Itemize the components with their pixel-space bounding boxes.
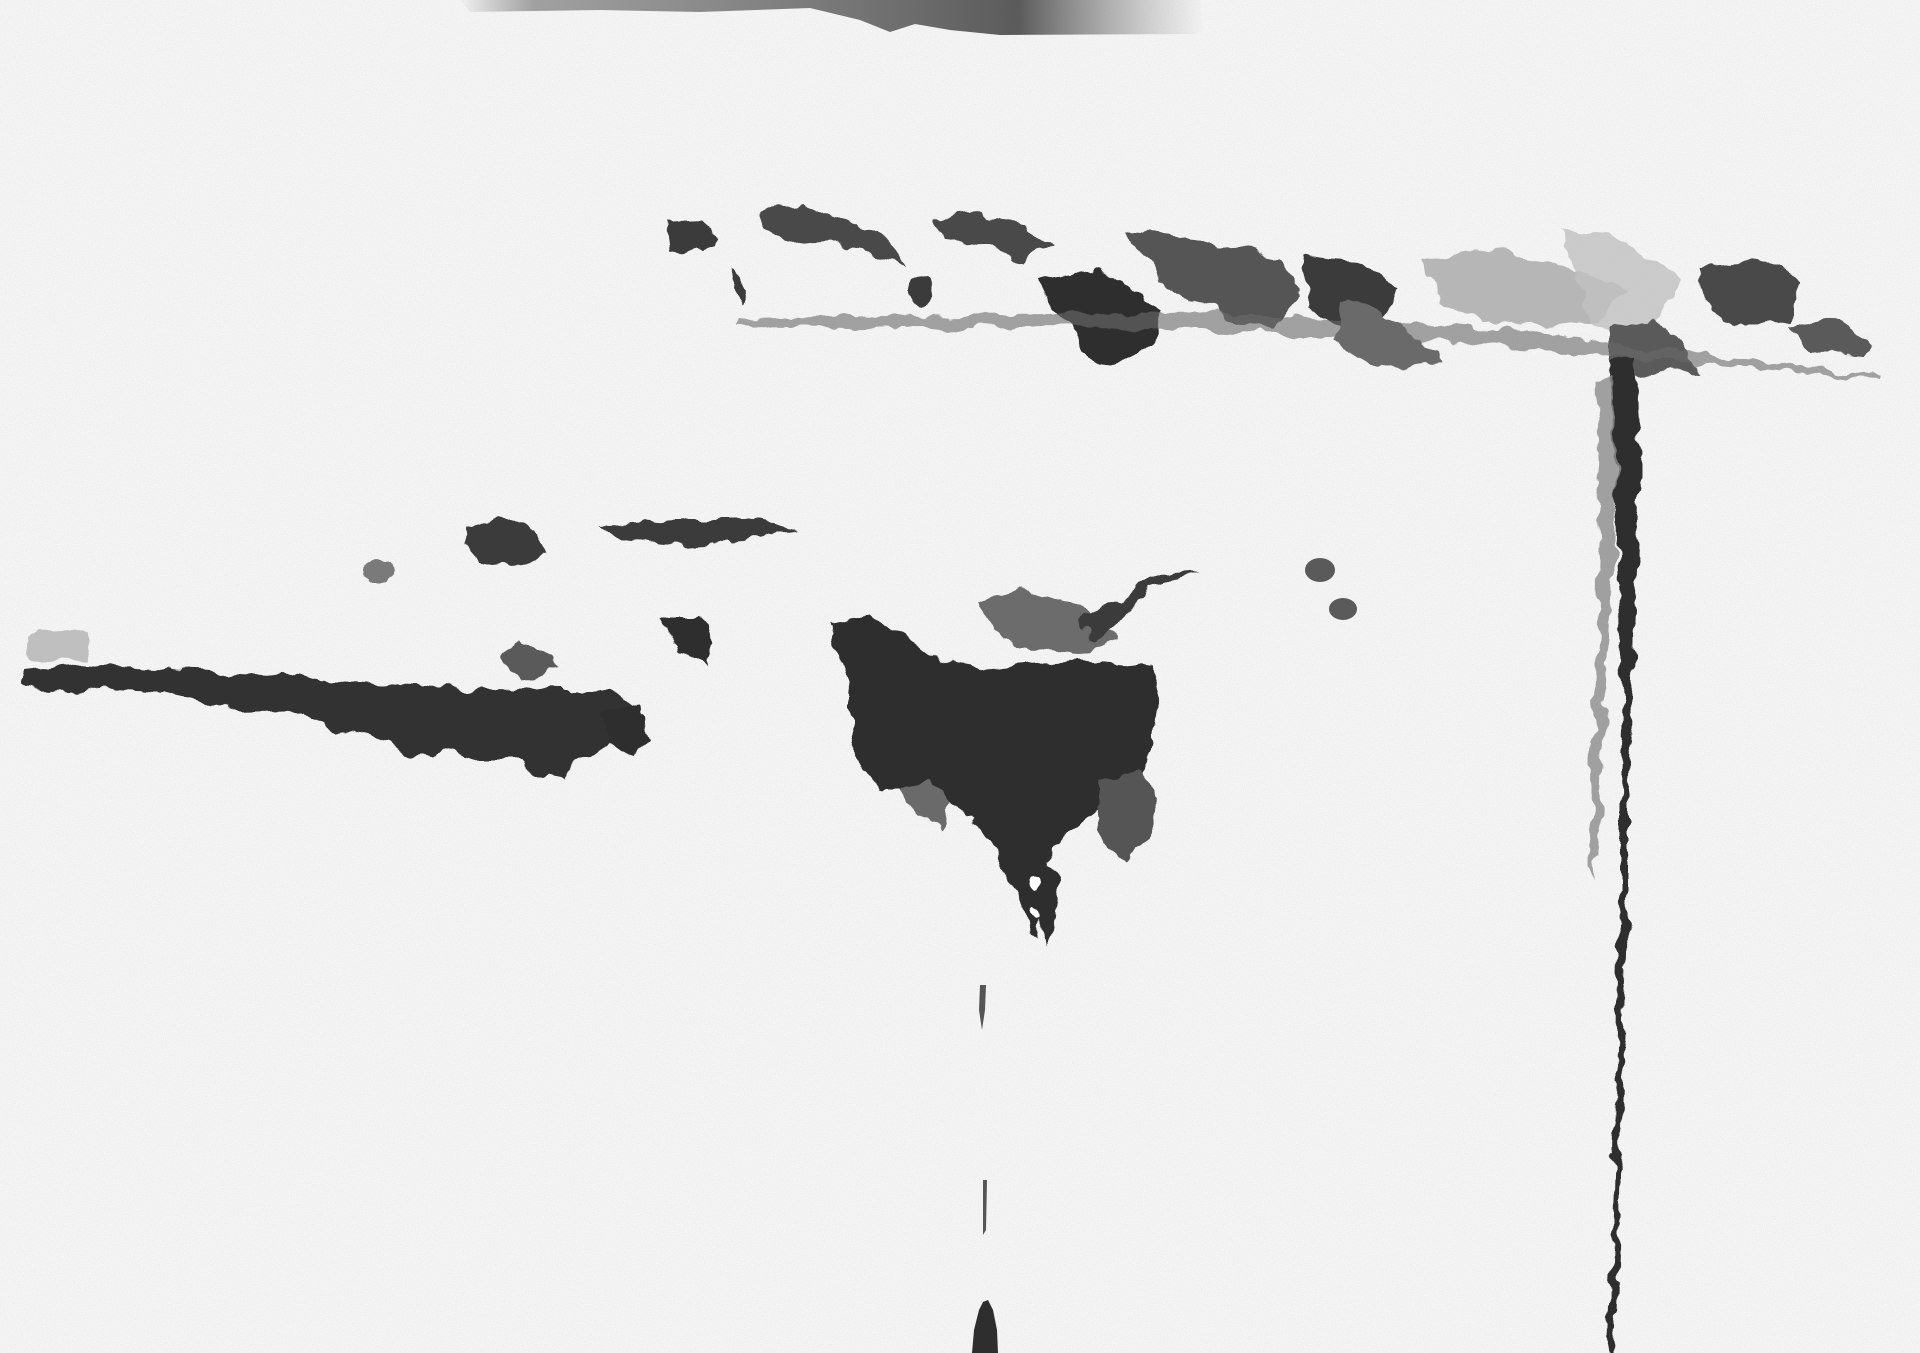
ink-painting-canvas	[0, 0, 1920, 1353]
